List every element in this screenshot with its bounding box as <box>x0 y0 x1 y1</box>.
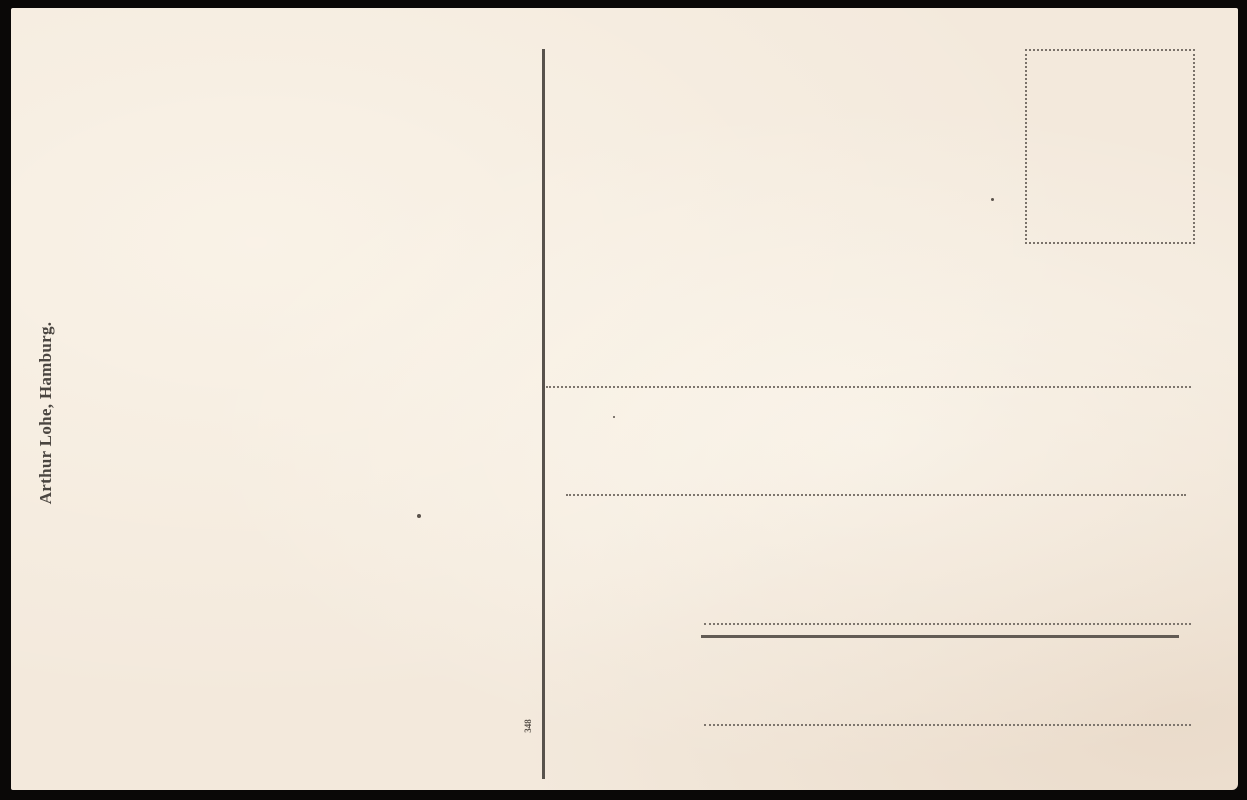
paper-speck <box>417 514 421 518</box>
center-divider-line <box>542 49 545 779</box>
address-line-5 <box>704 724 1191 726</box>
address-line-1 <box>546 386 1191 388</box>
print-code: 348 <box>523 719 533 733</box>
stamp-box <box>1025 49 1195 244</box>
paper-speck <box>613 416 615 418</box>
address-line-4-solid <box>701 635 1179 638</box>
address-line-3 <box>704 623 1191 625</box>
postcard-back: Arthur Lohe, Hamburg. 348 <box>11 8 1238 790</box>
paper-speck <box>991 198 994 201</box>
publisher-imprint: Arthur Lohe, Hamburg. <box>36 322 56 505</box>
address-line-2 <box>566 494 1186 496</box>
